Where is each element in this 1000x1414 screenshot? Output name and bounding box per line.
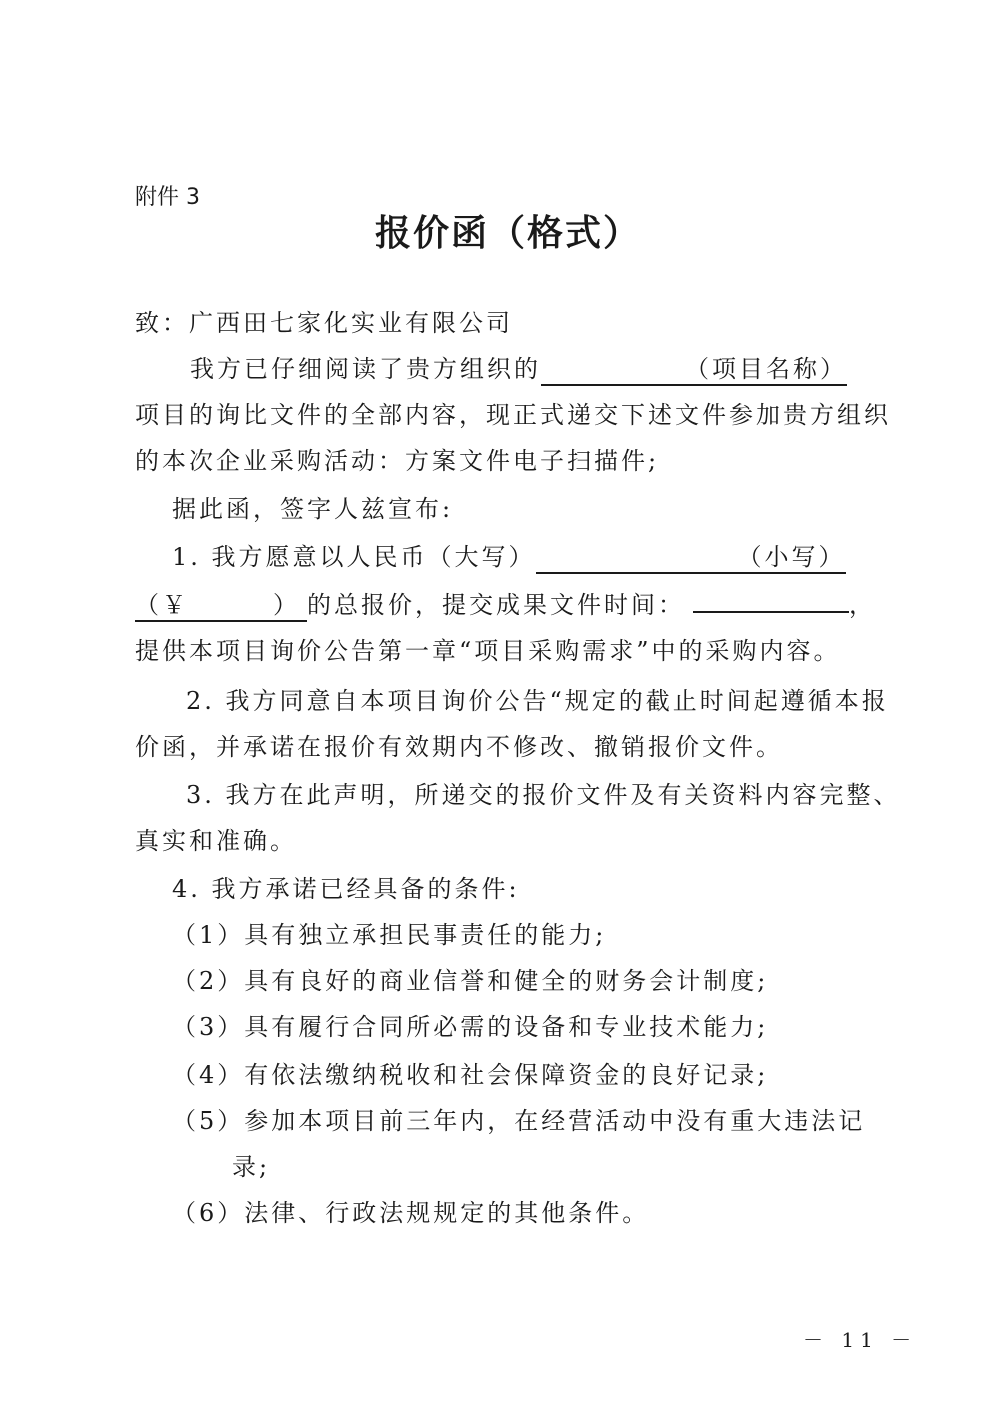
para1-line3: 的本次企业采购活动：方案文件电子扫描件; xyxy=(135,444,659,478)
condition-4: （4）有依法缴纳税收和社会保障资金的良好记录; xyxy=(172,1058,768,1092)
item1-line1: 1. 我方愿意以人民币（大写）（小写） xyxy=(172,540,846,574)
page-number: － 11 － xyxy=(803,1324,917,1353)
item1-middle: 的总报价，提交成果文件时间： xyxy=(307,591,685,619)
item1-line2: （￥）的总报价，提交成果文件时间：， xyxy=(135,588,876,622)
condition-5: （5）参加本项目前三年内，在经营活动中没有重大违法记 xyxy=(172,1104,865,1138)
condition-5-continuation: 录; xyxy=(232,1150,270,1184)
lowercase-amount-field[interactable]: （￥） xyxy=(135,590,307,622)
page-title: 报价函（格式） xyxy=(375,205,641,256)
project-name-field[interactable]: （项目名称） xyxy=(541,354,847,386)
para1-line1: 我方已仔细阅读了贵方组织的（项目名称） xyxy=(190,352,847,386)
item3-line2: 真实和准确。 xyxy=(135,824,297,858)
uppercase-amount-field[interactable]: （小写） xyxy=(536,542,846,574)
item3-line1: 3. 我方在此声明，所递交的报价文件及有关资料内容完整、 xyxy=(186,778,901,812)
condition-3: （3）具有履行合同所必需的设备和专业技术能力; xyxy=(172,1010,768,1044)
para1-prefix: 我方已仔细阅读了贵方组织的 xyxy=(190,355,541,383)
submit-time-field[interactable] xyxy=(693,611,849,613)
attachment-label: 附件 3 xyxy=(135,180,200,211)
declaration: 据此函，签字人兹宣布: xyxy=(172,492,453,526)
condition-6: （6）法律、行政法规规定的其他条件。 xyxy=(172,1196,649,1230)
lowercase-hint: （小写） xyxy=(738,543,846,571)
recipient: 致：广西田七家化实业有限公司 xyxy=(135,306,513,340)
item4-heading: 4. 我方承诺已经具备的条件: xyxy=(172,872,520,906)
condition-1: （1）具有独立承担民事责任的能力; xyxy=(172,918,606,952)
condition-2: （2）具有良好的商业信誉和健全的财务会计制度; xyxy=(172,964,768,998)
item2-line1: 2. 我方同意自本项目询价公告“规定的截止时间起遵循本报 xyxy=(186,684,889,718)
para1-line2: 项目的询比文件的全部内容，现正式递交下述文件参加贵方组织 xyxy=(135,398,891,432)
project-name-hint: （项目名称） xyxy=(685,355,847,383)
item2-line2: 价函，并承诺在报价有效期内不修改、撤销报价文件。 xyxy=(135,730,783,764)
item1-line3: 提供本项目询价公告第一章“项目采购需求”中的采购内容。 xyxy=(135,634,841,668)
item1-prefix: 1. 我方愿意以人民币（大写） xyxy=(172,543,536,571)
